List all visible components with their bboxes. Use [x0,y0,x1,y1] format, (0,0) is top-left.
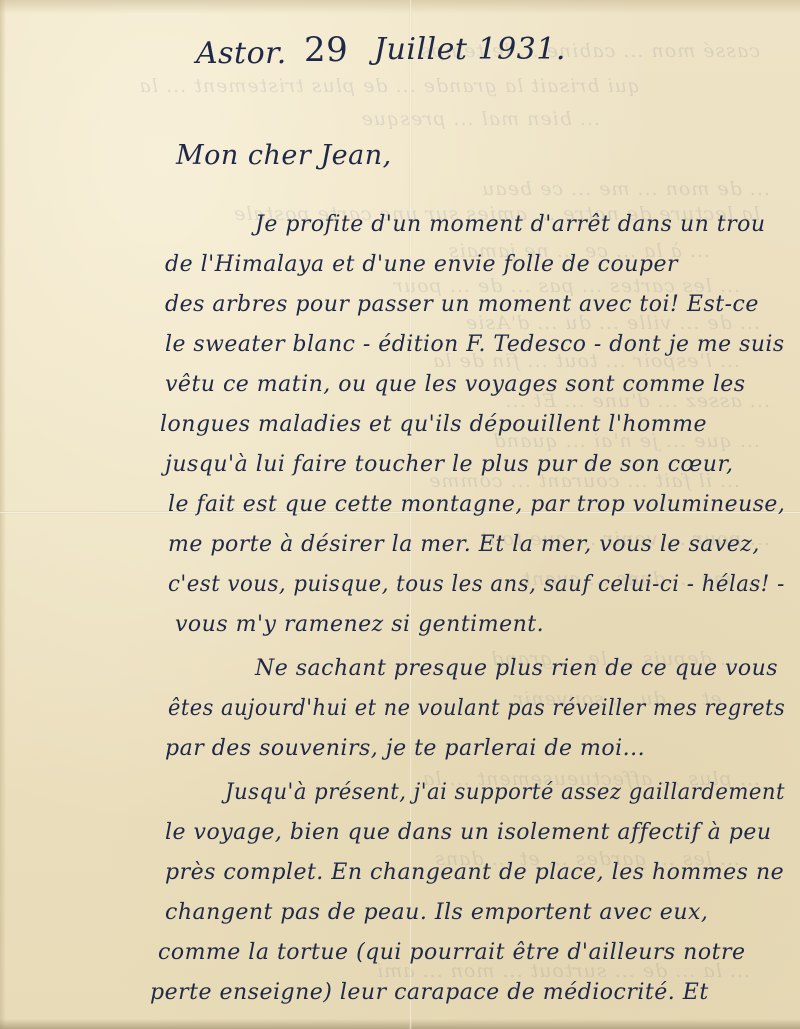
salutation: Mon cher Jean, [176,140,392,171]
body-line: jusqu'à lui faire toucher le plus pur de… [165,452,734,477]
body-line: près complet. En changeant de place, les… [165,860,784,885]
body-line: le sweater blanc - édition F. Tedesco - … [165,332,785,357]
body-line: le voyage, bien que dans un isolement af… [165,820,772,845]
dateline-place: Astor. [196,36,287,71]
body-line: vous m'y ramenez si gentiment. [175,612,544,637]
dateline-day: 29 [304,30,348,70]
body-line: changent pas de peau. Ils emportent avec… [165,900,708,925]
body-line: par des souvenirs, je te parlerai de moi… [165,736,645,761]
body-line: perte enseigne) leur carapace de médiocr… [150,980,709,1005]
body-line: vêtu ce matin, ou que les voyages sont c… [165,372,746,397]
body-line: des arbres pour passer un moment avec to… [165,292,759,317]
body-line: me porte à désirer la mer. Et la mer, vo… [168,532,760,557]
body-line: c'est vous, puisque, tous les ans, sauf … [168,572,785,597]
paper-bottom-edge [0,1019,800,1029]
body-line: de l'Himalaya et d'une envie folle de co… [165,252,678,277]
body-line: Je profite d'un moment d'arrêt dans un t… [255,212,766,237]
bleed-line: ... de mon ... me ... ce beau [481,178,770,200]
dateline-month-year: Juillet 1931. [374,32,566,67]
body-line: longues maladies et qu'ils dépouillent l… [160,412,707,437]
body-line: êtes aujourd'hui et ne voulant pas révei… [168,696,785,721]
body-line: le fait est que cette montagne, par trop… [168,492,785,517]
paper-top-edge [0,0,800,14]
bleed-line: ... bien mal ... presque [361,108,600,130]
body-line: Ne sachant presque plus rien de ce que v… [255,656,778,681]
paper-left-edge [0,0,6,1029]
body-line: comme la tortue (qui pourrait être d'ail… [158,940,745,965]
bleed-line: qui brisait la grande ... de plus triste… [139,75,640,97]
body-line: Jusqu'à présent, j'ai supporté assez gai… [225,780,785,805]
letter-page: cassé mon ... cabine ... le temps qui br… [0,0,800,1029]
